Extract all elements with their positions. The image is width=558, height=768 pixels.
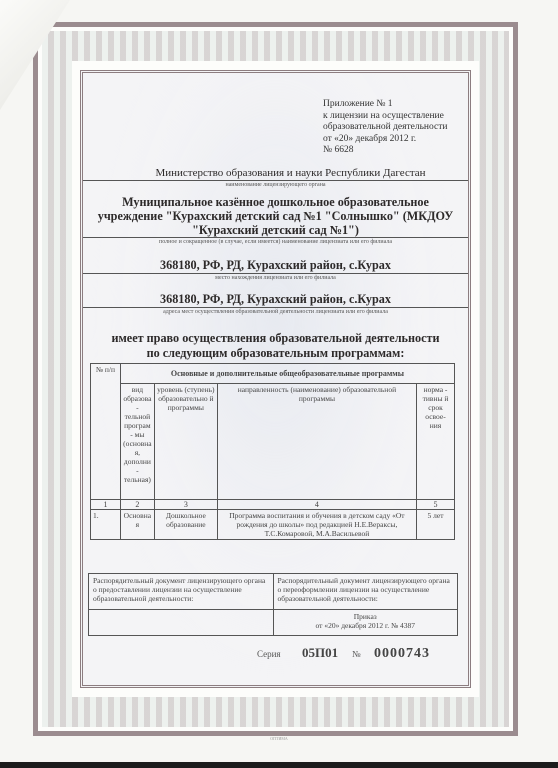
col-level-header: уровень (ступень) образовательно й прогр… xyxy=(154,384,217,500)
reissue-order-type: Приказ xyxy=(278,612,454,621)
orders-table: Распорядительный документ лицензирующего… xyxy=(88,573,458,636)
right-title-line: по следующим образовательным программам: xyxy=(83,346,468,361)
document-body: Приложение № 1 к лицензии на осуществлен… xyxy=(83,73,468,685)
grant-order-value xyxy=(89,610,274,636)
row-number: 1. xyxy=(91,510,121,540)
group-header: Основные и дополнительные общеобразовате… xyxy=(120,364,454,384)
series-value: 05П01 xyxy=(302,645,352,661)
number-label: № xyxy=(352,649,374,659)
serial-block: Серия 05П01 № 0000743 xyxy=(257,645,430,662)
reissue-order-value: Приказ от «20» декабря 2012 г. № 4387 xyxy=(273,610,458,636)
col-type-header: вид образова - тельной програм - мы (осн… xyxy=(120,384,154,500)
appendix-line: от «20» декабря 2012 г. xyxy=(323,134,463,146)
licensee-field: Муниципальное казённое дошкольное образо… xyxy=(83,195,468,246)
licensee-caption: полное и сокращенное (в случае, если име… xyxy=(83,238,468,246)
appendix-line: № 6628 xyxy=(323,145,463,157)
row-program-name: Программа воспитания и обучения в детско… xyxy=(217,510,416,540)
table-row: 1. Основна я Дошкольное образование Прог… xyxy=(91,510,455,540)
location-caption: место нахождения лицензиата или его фили… xyxy=(83,274,468,282)
programs-table: № п/п Основные и дополнительные общеобра… xyxy=(90,363,455,540)
printer-mark: ОПТИМА xyxy=(0,736,558,741)
series-label: Серия xyxy=(257,649,302,659)
location-value: 368180, РФ, РД, Курахский район, с.Курах xyxy=(83,258,468,274)
location-field: 368180, РФ, РД, Курахский район, с.Курах… xyxy=(83,258,468,282)
right-title-line: имеет право осуществления образовательно… xyxy=(83,331,468,346)
reissue-order-date: от «20» декабря 2012 г. № 4387 xyxy=(278,621,454,630)
appendix-header: Приложение № 1 к лицензии на осуществлен… xyxy=(323,99,463,157)
appendix-line: образовательной деятельности xyxy=(323,122,463,134)
licensor-name: Министерство образования и науки Республ… xyxy=(83,166,468,181)
column-numbers-row: 1 2 3 4 5 xyxy=(91,500,455,510)
activity-address-caption: адреса мест осуществления образовательно… xyxy=(83,308,468,316)
column-number: 5 xyxy=(417,500,455,510)
col-name-header: направленность (наименование) образовате… xyxy=(217,384,416,500)
activity-address-field: 368180, РФ, РД, Курахский район, с.Курах… xyxy=(83,292,468,316)
appendix-line: Приложение № 1 xyxy=(323,99,463,111)
column-number: 3 xyxy=(154,500,217,510)
grant-order-header: Распорядительный документ лицензирующего… xyxy=(89,574,274,610)
right-title: имеет право осуществления образовательно… xyxy=(83,331,468,361)
column-number: 2 xyxy=(120,500,154,510)
row-level: Дошкольное образование xyxy=(154,510,217,540)
scan-edge xyxy=(0,762,558,768)
col-number-header: № п/п xyxy=(91,364,121,500)
licensee-name: Муниципальное казённое дошкольное образо… xyxy=(83,195,468,238)
licensor-caption: наименование лицензирующего органа xyxy=(83,181,468,189)
form-number: 0000743 xyxy=(374,646,430,662)
row-term: 5 лет xyxy=(417,510,455,540)
appendix-line: к лицензии на осуществление xyxy=(323,111,463,123)
row-type: Основна я xyxy=(120,510,154,540)
reissue-order-header: Распорядительный документ лицензирующего… xyxy=(273,574,458,610)
activity-address-value: 368180, РФ, РД, Курахский район, с.Курах xyxy=(83,292,468,308)
licensor-field: Министерство образования и науки Республ… xyxy=(83,166,468,189)
col-term-header: норма - тивны й срок освое- ния xyxy=(417,384,455,500)
column-number: 4 xyxy=(217,500,416,510)
column-number: 1 xyxy=(91,500,121,510)
